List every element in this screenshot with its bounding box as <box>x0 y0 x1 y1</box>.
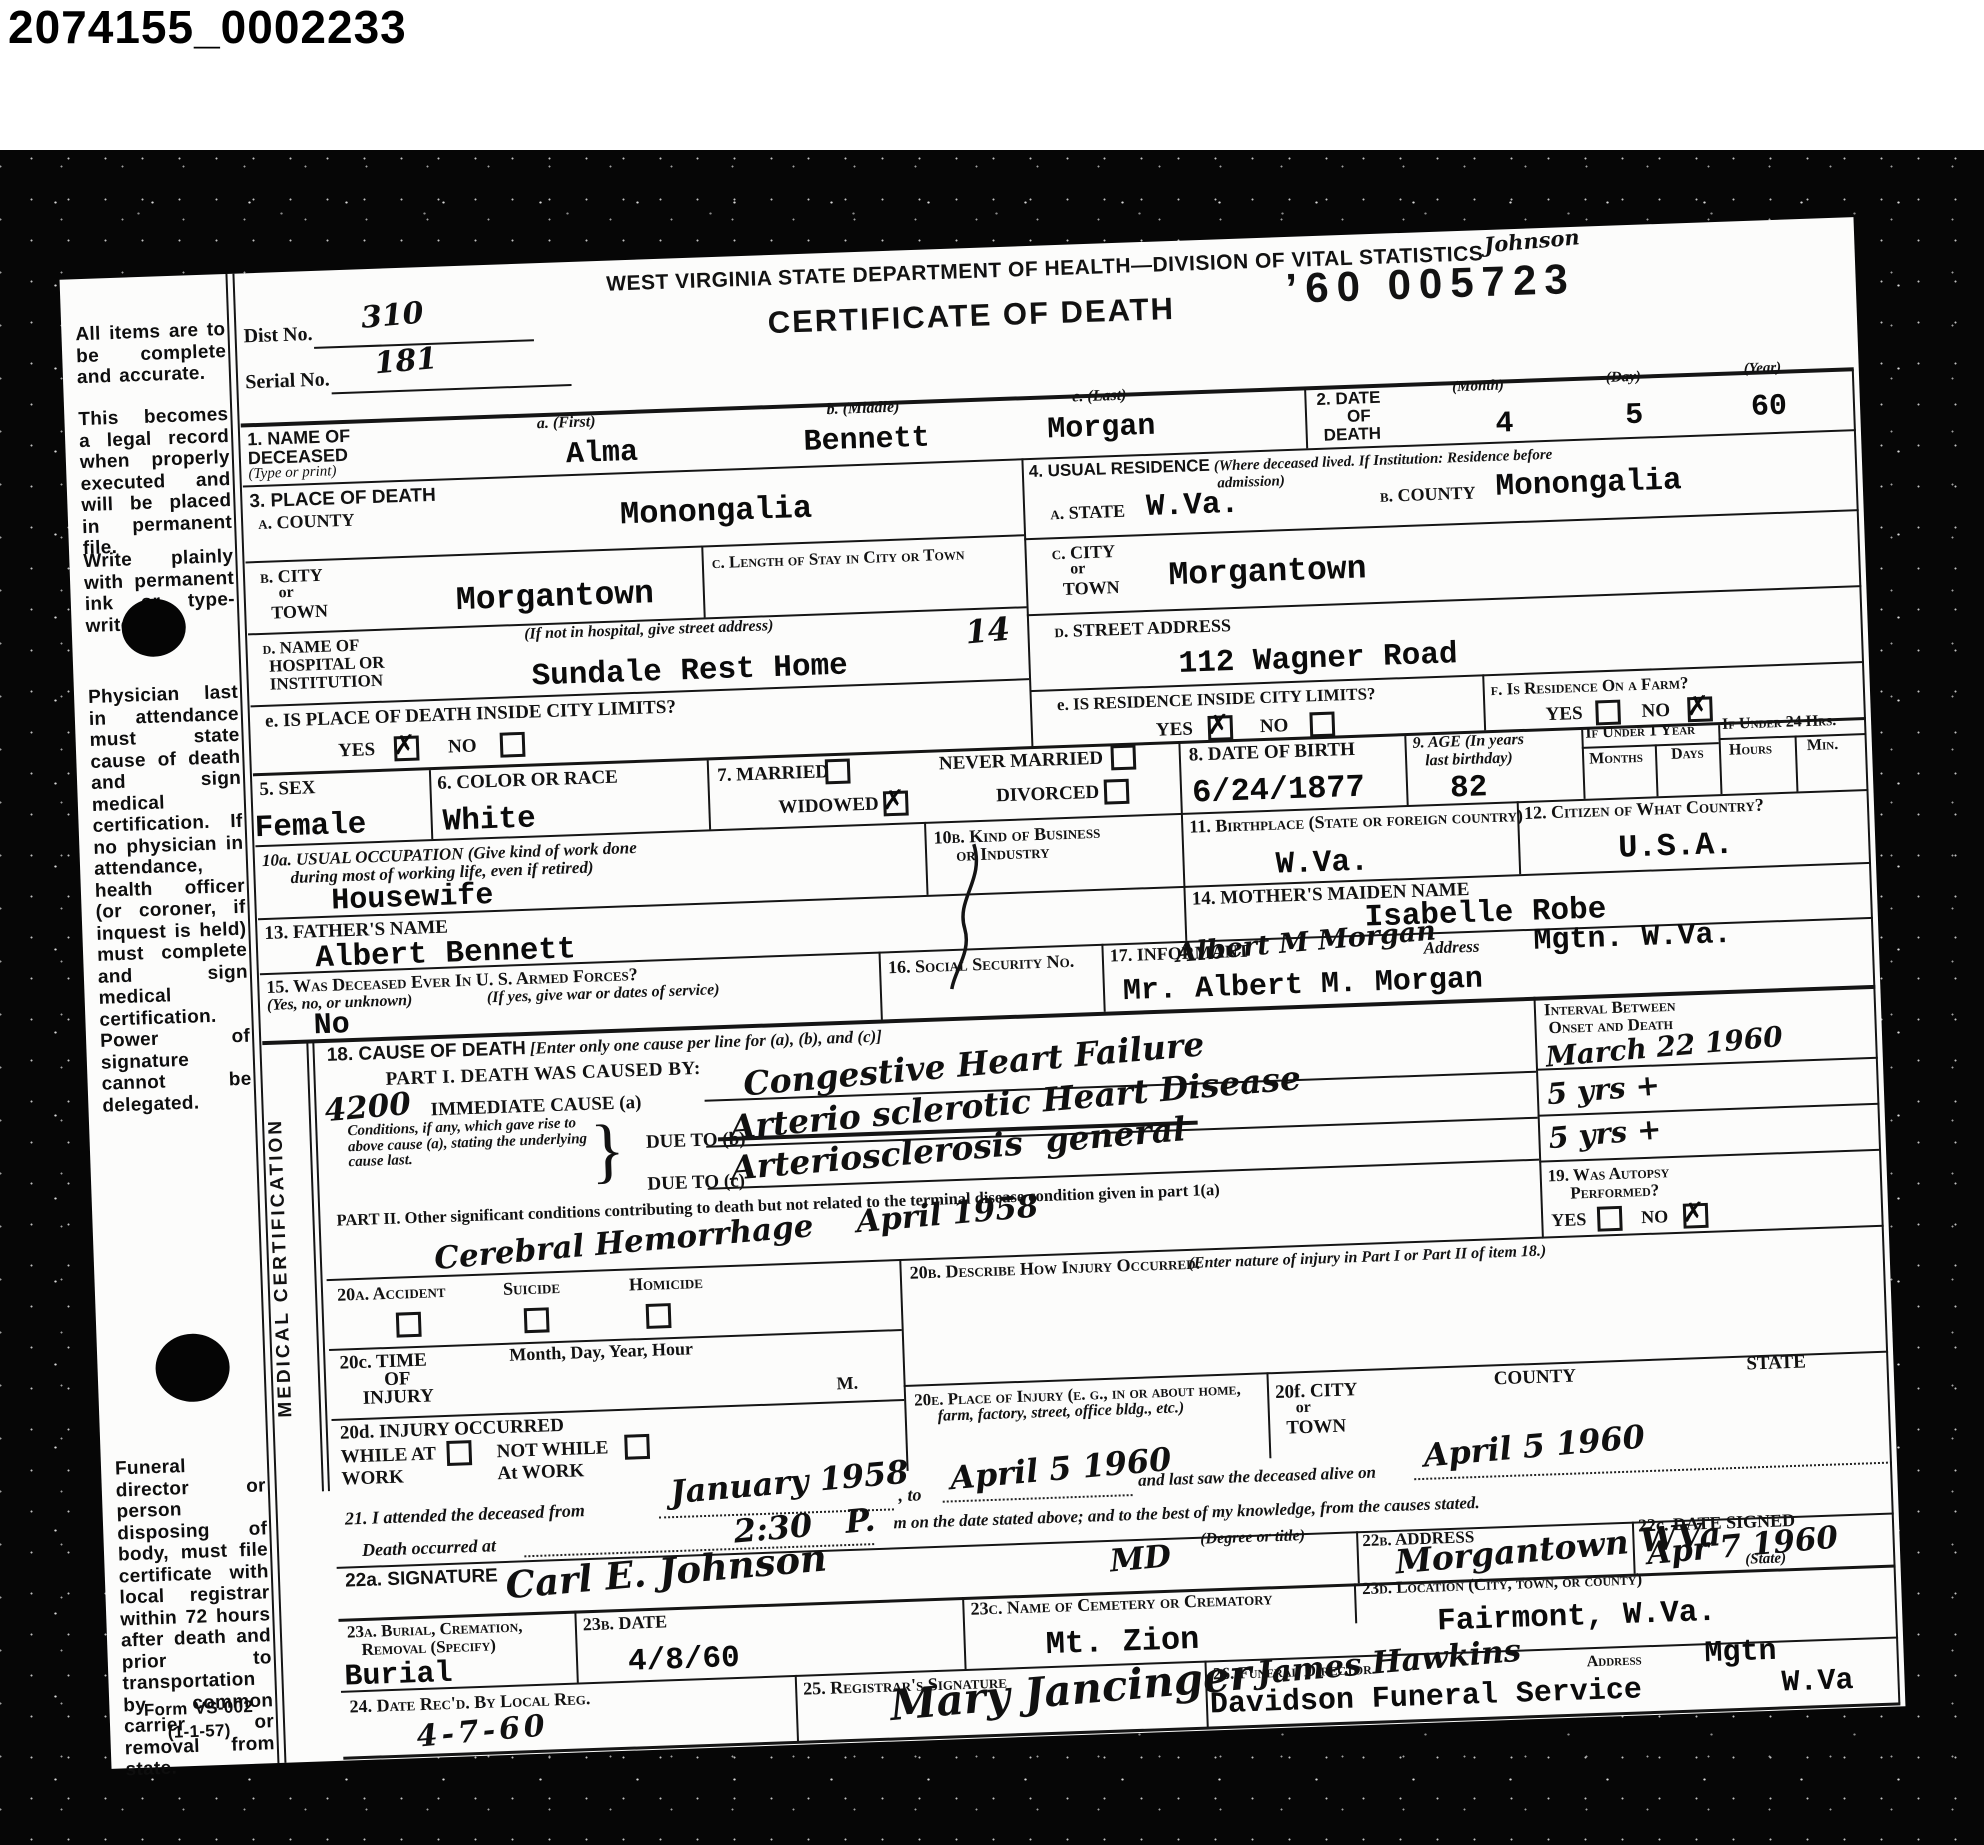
first-name-value: Alma <box>565 436 638 472</box>
autopsy-label-2: Performed? <box>1570 1181 1660 1204</box>
res-or-label: or <box>1070 560 1086 579</box>
hospital-pen-note: 14 <box>964 610 1012 652</box>
res-county-value: Monongalia <box>1495 463 1682 504</box>
burial-date-value: 4/8/60 <box>628 1641 741 1680</box>
hospital-label-3: INSTITUTION <box>269 671 383 695</box>
serial-no-label: Serial No. <box>245 368 330 394</box>
homicide-label: Homicide <box>629 1272 704 1296</box>
cell-divider <box>899 1259 908 1471</box>
cell-divider <box>1718 725 1722 794</box>
accident-label: 20a. Accident <box>337 1281 446 1306</box>
scan-header-bar: 2074155_0002233 <box>0 0 1984 150</box>
dob-label: 8. DATE OF BIRTH <box>1188 739 1355 767</box>
injury-town-label: TOWN <box>1286 1416 1347 1440</box>
not-while-label: NOT WHILE <box>496 1437 608 1463</box>
pod-or-label: or <box>278 584 294 603</box>
res-limits-yes-checkbox: ✗ <box>1207 715 1233 741</box>
funeral-address-label: Address <box>1586 1651 1642 1671</box>
scanned-death-certificate: 2074155_0002233 All items are to be comp… <box>0 0 1984 1845</box>
res-limits-no-label: NO <box>1260 715 1289 738</box>
attended-phrase-1: 21. I attended the deceased from <box>345 1500 586 1529</box>
sex-value: Female <box>254 807 367 846</box>
cell-divider <box>429 770 433 839</box>
cell-divider <box>1101 944 1105 1012</box>
res-street-label: d. STREET ADDRESS <box>1054 615 1231 642</box>
section-divider <box>1021 458 1033 748</box>
hours-label: Hours <box>1729 740 1773 759</box>
cell-divider <box>1356 1531 1360 1583</box>
farm-yes-label: YES <box>1545 703 1583 726</box>
margin-note-legal-record: This becomes a legal record when properl… <box>78 404 233 560</box>
pod-limits-yes-checkbox: ✗ <box>394 736 420 762</box>
certificate-paper: All items are to be complete and accurat… <box>60 217 1906 1769</box>
sex-label: 5. SEX <box>259 777 316 801</box>
registration-stamp-number: ’60 005723 <box>1285 255 1577 313</box>
punch-hole-icon <box>154 1333 230 1404</box>
scan-id-label: 2074155_0002233 <box>8 0 407 54</box>
cell-divider <box>1304 388 1308 448</box>
pod-county-value: Monongalia <box>619 490 812 534</box>
rule <box>1719 733 1867 740</box>
middle-name-value: Bennett <box>803 422 930 460</box>
farm-no-checkbox: ✗ <box>1687 696 1713 722</box>
married-label: 7. MARRIED <box>717 761 830 787</box>
widowed-label: WIDOWED <box>778 794 879 819</box>
rule <box>332 384 572 394</box>
dod-year-label: (Year) <box>1743 360 1781 378</box>
res-county-label: b. COUNTY <box>1380 482 1476 506</box>
cell-divider <box>1655 744 1659 796</box>
conditions-note: Conditions, if any, which gave rise to a… <box>347 1116 598 1171</box>
time-of-injury-label-3: INJURY <box>362 1385 434 1409</box>
cell-divider <box>1482 674 1486 730</box>
suicide-label: Suicide <box>503 1277 561 1300</box>
never-married-label: NEVER MARRIED <box>939 748 1104 776</box>
age-label-2: last birthday) <box>1425 749 1513 770</box>
divorced-label: DIVORCED <box>996 782 1100 808</box>
informant-address-label: Address <box>1423 937 1479 959</box>
race-label: 6. COLOR OR RACE <box>437 767 618 795</box>
location-value: Fairmont, W.Va. <box>1437 1595 1717 1640</box>
middle-name-label: b. (Middle) <box>826 399 899 420</box>
physician-degree: MD <box>1108 1538 1172 1579</box>
burial-label-2: Removal (Specify) <box>361 1635 496 1660</box>
age-value: 82 <box>1450 770 1488 806</box>
injury-county-label: COUNTY <box>1493 1366 1576 1391</box>
race-value: White <box>442 801 536 839</box>
cell-divider <box>924 822 929 895</box>
attended-phrase-2: , to <box>898 1484 922 1506</box>
autopsy-yes-checkbox <box>1597 1206 1623 1232</box>
dob-value: 6/24/1877 <box>1192 769 1366 812</box>
dod-day-label: (Day) <box>1606 369 1642 387</box>
interval-c-value: 5 yrs + <box>1547 1112 1663 1156</box>
under-1-year-label: If Under 1 Year <box>1585 721 1695 743</box>
funeral-address-value-2: W.Va <box>1781 1664 1854 1700</box>
cell-divider <box>1178 741 1187 941</box>
homicide-checkbox <box>646 1303 672 1329</box>
informant-signature: Albert M Morgan <box>1175 915 1437 969</box>
while-at-work-checkbox <box>446 1440 472 1466</box>
never-married-checkbox <box>1110 745 1136 771</box>
first-name-label: a. (First) <box>537 413 596 433</box>
interval-b-value: 5 yrs + <box>1545 1068 1661 1112</box>
res-street-value: 112 Wagner Road <box>1178 637 1458 682</box>
pod-city-value: Morgantown <box>455 575 654 619</box>
dist-no-value: 310 <box>360 296 425 336</box>
cell-divider <box>574 1611 579 1683</box>
due-to-c-label: DUE TO (c) <box>647 1170 745 1195</box>
cell-divider <box>1404 736 1408 805</box>
injury-state-label: STATE <box>1746 1351 1806 1375</box>
autopsy-yes-label: YES <box>1551 1209 1587 1231</box>
dod-month-label: (Month) <box>1452 377 1504 396</box>
rule <box>904 1351 1888 1387</box>
days-label: Days <box>1671 745 1704 764</box>
injury-or-label: or <box>1295 1399 1311 1418</box>
not-while-work-checkbox <box>624 1434 650 1460</box>
dod-day-value: 5 <box>1625 399 1644 434</box>
informant-address-value: Mgtn. W.Va. <box>1533 918 1732 959</box>
divorced-checkbox <box>1104 779 1130 805</box>
residence-title: 4. USUAL RESIDENCE <box>1028 456 1210 481</box>
burial-date-label: 23b. DATE <box>582 1611 667 1635</box>
months-label: Months <box>1589 749 1643 769</box>
dist-no-label: Dist No. <box>243 323 313 348</box>
death-occurred-label: Death occurred at <box>362 1535 497 1561</box>
cell-divider <box>962 1597 967 1669</box>
degree-hint: (Degree or title) <box>1200 1527 1305 1549</box>
pod-county-label: a. COUNTY <box>258 510 355 534</box>
dod-month-value: 4 <box>1495 407 1514 442</box>
cell-divider <box>701 545 706 617</box>
margin-note-complete: All items are to be complete and accurat… <box>75 319 227 389</box>
cell-divider <box>707 760 711 829</box>
last-alive-value: April 5 1960 <box>1422 1417 1646 1474</box>
date-received-value: 4-7-60 <box>415 1708 550 1754</box>
cell-divider <box>1266 1372 1271 1458</box>
physician-signature: Carl E. Johnson <box>504 1535 829 1607</box>
last-name-label: c. (Last) <box>1072 387 1127 407</box>
attended-phrase-3: and last saw the deceased alive on <box>1138 1463 1377 1491</box>
res-state-label: a. STATE <box>1050 501 1125 525</box>
meridiem-label: M. <box>836 1373 858 1395</box>
state-hint: (State) <box>1745 1550 1786 1568</box>
res-city-value: Morgantown <box>1168 550 1367 594</box>
brace-glyph: } <box>589 1109 626 1193</box>
place-of-death-title: 3. PLACE OF DEATH <box>249 485 436 513</box>
citizen-value: U.S.A. <box>1618 826 1734 867</box>
hospital-hint: (If not in hospital, give street address… <box>524 617 774 644</box>
accident-checkbox <box>396 1312 422 1338</box>
ssn-label: 16. Social Security No. <box>888 951 1075 978</box>
autopsy-no-label: NO <box>1641 1206 1669 1228</box>
work-label: WORK <box>341 1466 404 1490</box>
pod-limits-no-label: NO <box>448 736 477 759</box>
cell-divider <box>795 1675 799 1743</box>
physician-signature-label: 22a. SIGNATURE <box>345 1565 498 1592</box>
certificate-title: CERTIFICATE OF DEATH <box>621 286 1322 346</box>
name-label-3: (Type or print) <box>248 463 337 483</box>
rule <box>1027 585 1862 616</box>
res-state-value: W.Va. <box>1146 487 1240 525</box>
length-of-stay-label: c. Length of Stay in City or Town <box>711 543 1002 573</box>
cell-divider <box>1354 1583 1357 1623</box>
last-name-value: Morgan <box>1047 410 1156 448</box>
margin-note-physician: Physician last in attendance must state … <box>88 682 253 1117</box>
serial-no-value: 181 <box>373 341 438 381</box>
farm-label: f. Is Residence On a Farm? <box>1490 673 1688 700</box>
widowed-checkbox: ✗ <box>883 790 909 816</box>
min-label: Min. <box>1807 736 1839 755</box>
pod-limits-yes-label: YES <box>338 739 376 762</box>
suicide-checkbox <box>524 1307 550 1333</box>
farm-no-label: NO <box>1641 700 1670 723</box>
autopsy-no-checkbox: ✗ <box>1683 1203 1709 1229</box>
cemetery-label: 23c. Name of Cemetery or Crematory <box>970 1588 1273 1620</box>
pod-limits-no-checkbox <box>500 732 526 758</box>
res-town-label: TOWN <box>1063 577 1120 600</box>
birthplace-value: W.Va. <box>1275 844 1369 882</box>
dod-label-3: DEATH <box>1323 424 1381 446</box>
married-checkbox <box>825 758 851 784</box>
under-24-hrs-label: If Under 24 Hrs. <box>1722 712 1837 734</box>
while-at-label: WHILE AT <box>340 1443 436 1468</box>
farm-yes-checkbox <box>1595 700 1621 726</box>
res-limits-yes-label: YES <box>1156 719 1194 742</box>
punch-hole-icon <box>121 598 187 658</box>
res-limits-no-checkbox <box>1309 712 1335 738</box>
pod-town-label: TOWN <box>271 601 328 624</box>
injury-city-label: 20f. CITY <box>1275 1379 1358 1404</box>
at-work-label: At WORK <box>497 1460 584 1485</box>
funeral-address-value-1: Mgtn <box>1704 1635 1777 1671</box>
cell-divider <box>878 952 882 1020</box>
dod-year-value: 60 <box>1750 390 1787 425</box>
cell-divider <box>1795 735 1799 791</box>
